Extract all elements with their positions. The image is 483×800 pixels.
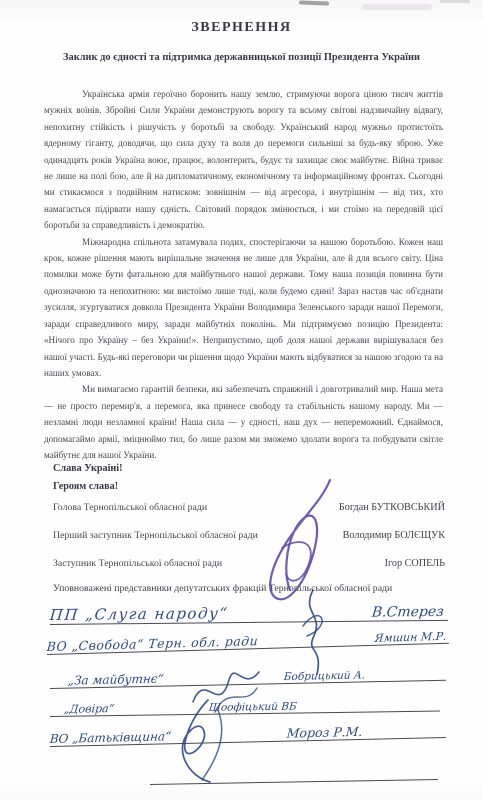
handwritten-row-empty	[150, 767, 438, 785]
slogan-line: Героям слава!	[53, 478, 123, 496]
scanned-page: ЗВЕРНЕННЯ Заклик до єдності та підтримка…	[0, 0, 483, 800]
document-body: Українська армія героїчно боронить нашу …	[44, 86, 443, 462]
paragraph: Ми вимагаємо гарантій безпеки, які забез…	[44, 381, 443, 462]
scan-artifact	[362, 4, 432, 10]
representative-name: В.Стерез	[371, 604, 444, 621]
faction-label: ПП „Слуга народу“	[49, 604, 229, 624]
signatory-name: Ігор СОПЕЛЬ	[385, 558, 445, 569]
representative-name: Шоофіцький ВБ	[209, 701, 298, 714]
slogan-block: Слава Україні! Героям слава!	[53, 460, 123, 495]
paragraph: Українська армія героїчно боронить нашу …	[44, 86, 443, 234]
faction-label: ВО „Батьківщина“	[49, 729, 172, 746]
handwritten-row: „За майбутнє“ Бобрицький А.	[49, 654, 445, 689]
signatory-row: Перший заступник Тернопільської обласної…	[53, 530, 445, 541]
faction-label: „За майбутнє“	[67, 672, 164, 688]
representative-name: Ямшин М.Р.	[374, 630, 447, 645]
slogan-line: Слава Україні!	[53, 460, 123, 478]
document-subtitle: Заклик до єдності та підтримка державниц…	[28, 52, 455, 63]
scan-artifact	[440, 0, 470, 3]
handwritten-row: ВО „Батьківщина“ Мороз Р.М.	[49, 711, 446, 747]
signatory-row: Голова Тернопільської обласної ради Богд…	[53, 502, 445, 513]
signatory-name: Володимир БОЛЄЩУК	[343, 530, 445, 541]
faction-label: ВО „Свобода“ Терн. обл. ради	[46, 633, 259, 654]
signatory-row: Заступник Тернопільської обласної ради І…	[53, 558, 445, 569]
representative-name: Бобрицький А.	[283, 669, 365, 683]
document-title: ЗВЕРНЕННЯ	[0, 20, 483, 36]
scan-artifact	[299, 0, 329, 5]
paragraph: Міжнародна спільнота затамувала подих, с…	[44, 234, 443, 382]
representatives-heading: Уповноважені представники депутатських ф…	[53, 583, 469, 594]
signatory-title: Голова Тернопільської обласної ради	[53, 502, 207, 513]
signatory-title: Заступник Тернопільської обласної ради	[53, 558, 222, 569]
signatory-name: Богдан БУТКОВСЬКИЙ	[339, 502, 445, 513]
faction-label: „Довіра“	[63, 702, 115, 716]
signatory-title: Перший заступник Тернопільської обласної…	[53, 530, 258, 541]
representative-name: Мороз Р.М.	[286, 724, 363, 741]
